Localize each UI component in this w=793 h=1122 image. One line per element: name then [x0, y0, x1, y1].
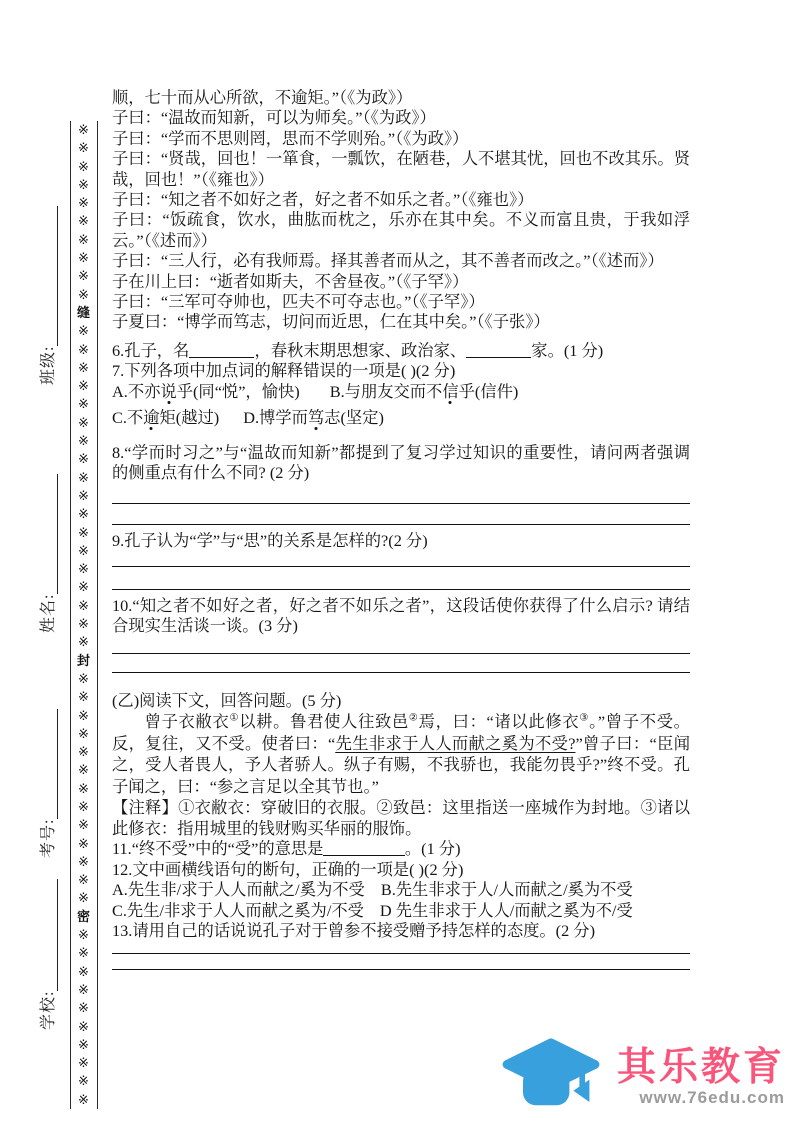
note-ref: ③	[579, 713, 589, 724]
text-line: (乙)阅读下文，回答问题。(5 分)	[112, 691, 690, 711]
field-name: 姓名:	[38, 474, 58, 633]
text-line: 6.孔子，名＿＿＿＿，春秋末期思想家、政治家、＿＿＿＿家。(1 分)	[112, 341, 690, 361]
text-run: 家。(1 分)	[531, 341, 603, 360]
field-class-label: 班级:	[35, 346, 58, 385]
fill-blank: ＿＿＿＿	[189, 341, 254, 358]
field-name-label: 姓名:	[35, 594, 58, 633]
underlined-clause: 先生非求于人人而献之奚为不受?	[335, 734, 575, 753]
text-run: 乎(同“悦”，愉快)	[177, 382, 300, 401]
seal-symbols: ※※※※※※※※※※	[78, 927, 89, 1107]
text-run: 曾子衣敝衣	[145, 712, 230, 731]
text-line: 子曰：“温故而知新，可以为师矣。”（《为政》）	[112, 108, 690, 128]
text-run: B.与朋友交而不	[330, 382, 443, 401]
text-run: 志(坚定)	[324, 408, 384, 427]
text-line: 曾子衣敝衣①以耕。鲁君使人往致邑②焉，曰：“诸以此修衣③。”曾子不受。反，复往，…	[112, 711, 690, 797]
text-run: 矩(越过)	[160, 408, 220, 427]
text-run: 10.“知之者不如好之者，好之者不如乐之者”，这段话使你获得了什么启示? 请结合…	[112, 596, 690, 635]
text-run: 9.孔子认为“学”与“思”的关系是怎样的?(2 分)	[112, 531, 428, 550]
graduation-cap-icon	[487, 1038, 615, 1118]
text-line: C.不逾矩(越过)D.博学而笃志(坚定)	[112, 408, 690, 428]
answer-line	[112, 503, 690, 504]
answer-line	[112, 672, 690, 673]
answer-line	[112, 589, 690, 590]
fill-blank	[42, 709, 58, 819]
text-line: 12.文中画横线语句的断句，正确的一项是( )(2 分)	[112, 860, 690, 880]
logo-url: www.76edu.com	[639, 1088, 785, 1108]
text-line: 10.“知之者不如好之者，好之者不如乐之者”，这段话使你获得了什么启示? 请结合…	[112, 596, 690, 637]
text-line: 子曰：“贤哉，回也！一箪食，一瓢饮，在陋巷，人不堪其忧，回也不改其乐。贤哉，回也…	[112, 149, 690, 190]
text-run: 子曰：“学而不思则罔，思而不学则殆。”（《为政》）	[112, 129, 468, 148]
emphasized-char: 逾	[143, 408, 159, 427]
text-run: 顺，七十而从心所欲，不逾矩。”（《为政》）	[112, 88, 412, 107]
text-line: 11.“终不受”中的“受”的意思是＿＿＿＿＿。(1 分)	[112, 839, 690, 859]
text-run: 6.孔子，名	[112, 341, 189, 360]
text-line: 子曰：“学而不思则罔，思而不学则殆。”（《为政》）	[112, 129, 690, 149]
text-line: 子曰：“三人行，必有我师焉。择其善者而从之，其不善者而改之。”（《述而》）	[112, 251, 690, 271]
text-run: 【注释】①衣敝衣：穿破旧的衣服。②致邑：这里指送一座城作为封地。③诸以此修衣：指…	[112, 798, 690, 838]
field-class: 班级:	[38, 206, 58, 385]
text-run: D.博学而	[243, 408, 308, 427]
exam-page: ※※※※※※※※※※缝※※※※※※※※※※※※※※※※※※封※※※※※※※※※※…	[0, 0, 793, 1122]
fill-blank	[42, 206, 58, 346]
text-line: C.先生/非求于人人而献之奚为/不受D 先生非求于人人/而献之奚为不/受	[112, 901, 690, 921]
text-run: 7.下列各项中加点词的解释错误的一项是( )(2 分)	[112, 361, 455, 380]
logo-name: 其乐教育	[617, 1048, 785, 1089]
text-line: 顺，七十而从心所欲，不逾矩。”（《为政》）	[112, 88, 690, 108]
text-run: 13.请用自己的话说说孔子对于曾参不接受赠予持怎样的态度。(2 分)	[112, 921, 595, 940]
text-run: 子曰：“温故而知新，可以为师矣。”（《为政》）	[112, 108, 436, 127]
text-run: B.先生非求于人/人而献之/奚为不受	[381, 880, 633, 899]
text-line: 子夏曰：“博学而笃志，切问而近思，仁在其中矣。”（《子张》）	[112, 312, 690, 332]
text-run: 子在川上曰：“逝者如斯夫，不舍昼夜。”（《子罕》）	[112, 272, 468, 291]
fill-blank	[42, 879, 58, 991]
answer-line	[112, 953, 690, 954]
text-run: 8.“学而时习之”与“温故而知新”都提到了复习学过知识的重要性，请问两者强调的侧…	[112, 443, 690, 482]
text-run: 子曰：“三人行，必有我师焉。择其善者而从之，其不善者而改之。”（《述而》）	[112, 251, 664, 270]
seal-symbols: ※※※※※※※※※※	[78, 122, 89, 302]
text-run: 以耕。鲁君使人往致邑	[239, 712, 409, 731]
text-run: ，春秋末期思想家、政治家、	[254, 341, 466, 360]
field-school-label: 学校:	[35, 991, 58, 1030]
text-line: 子曰：“三军可夺帅也，匹夫不可夺志也。”（《子罕》）	[112, 292, 690, 312]
field-examno-label: 考号:	[35, 819, 58, 858]
seal-char-feng2: 缝	[77, 305, 90, 320]
emphasized-char: 说	[160, 382, 176, 401]
text-line: 子曰：“饭疏食，饮水，曲肱而枕之，乐亦在其中矣。不义而富且贵，于我如浮云。”（《…	[112, 210, 690, 251]
text-run: 子曰：“三军可夺帅也，匹夫不可夺志也。”（《子罕》）	[112, 292, 485, 311]
text-line: A.不亦说乎(同“悦”，愉快)B.与朋友交而不信乎(信件)	[112, 382, 690, 402]
text-line: 13.请用自己的话说说孔子对于曾参不接受赠予持怎样的态度。(2 分)	[112, 921, 690, 941]
fill-blank: ＿＿＿＿	[466, 341, 531, 358]
text-run: 12.文中画横线语句的断句，正确的一项是( )(2 分)	[112, 860, 463, 879]
text-run: C.不	[112, 408, 143, 427]
text-run: 子曰：“贤哉，回也！一箪食，一瓢饮，在陋巷，人不堪其忧，回也不改其乐。贤哉，回也…	[112, 149, 690, 188]
seal-line-column: ※※※※※※※※※※缝※※※※※※※※※※※※※※※※※※封※※※※※※※※※※…	[75, 121, 92, 1109]
logo: 其乐教育 www.76edu.com	[487, 1038, 785, 1118]
text-run: A.先生非/求于人人而献之/奚为不受	[112, 880, 365, 899]
seal-rule-right	[97, 121, 98, 1109]
text-line: A.先生非/求于人人而献之/奚为不受B.先生非求于人/人而献之/奚为不受	[112, 880, 690, 900]
text-run: 子曰：“知之者不如好之者，好之者不如乐之者。”（《雍也》）	[112, 190, 533, 209]
text-line: 【注释】①衣敝衣：穿破旧的衣服。②致邑：这里指送一座城作为封地。③诸以此修衣：指…	[112, 797, 690, 839]
answer-line	[112, 653, 690, 654]
emphasized-char: 信	[442, 382, 458, 401]
text-run: D 先生非求于人人/而献之奚为不/受	[380, 901, 633, 920]
text-run: 子曰：“饭疏食，饮水，曲肱而枕之，乐亦在其中矣。不义而富且贵，于我如浮云。”（《…	[112, 210, 690, 249]
answer-line	[112, 566, 690, 567]
seal-symbols: ※※※※※※※※※※※※※※※※※※	[78, 323, 89, 649]
content-area: 顺，七十而从心所欲，不逾矩。”（《为政》）子曰：“温故而知新，可以为师矣。”（《…	[112, 88, 690, 970]
seal-char-mi: 密	[77, 909, 90, 924]
fill-blank: ＿＿＿＿＿	[323, 839, 404, 856]
fill-blank	[42, 474, 58, 594]
text-run: 焉，曰：“诸以此修衣	[419, 712, 580, 731]
field-examno: 考号:	[38, 709, 58, 858]
seal-char-feng1: 封	[77, 653, 90, 668]
text-run: C.先生/非求于人人而献之奚为/不受	[112, 901, 364, 920]
note-ref: ①	[229, 713, 239, 724]
text-line: 子在川上曰：“逝者如斯夫，不舍昼夜。”（《子罕》）	[112, 272, 690, 292]
field-school: 学校:	[38, 879, 58, 1030]
text-run: 子夏曰：“博学而笃志，切问而近思，仁在其中矣。”（《子张》）	[112, 312, 550, 331]
seal-symbols: ※※※※※※※※※※※※※	[78, 671, 89, 906]
text-run: (乙)阅读下文，回答问题。(5 分)	[112, 691, 341, 710]
logo-text: 其乐教育 www.76edu.com	[617, 1048, 785, 1109]
answer-line	[112, 524, 690, 525]
emphasized-char: 笃	[308, 408, 324, 427]
text-run: A.不亦	[112, 382, 160, 401]
text-line: 9.孔子认为“学”与“思”的关系是怎样的?(2 分)	[112, 531, 690, 551]
answer-line	[112, 969, 690, 970]
text-line: 7.下列各项中加点词的解释错误的一项是( )(2 分)	[112, 361, 690, 381]
text-line: 子曰：“知之者不如好之者，好之者不如乐之者。”（《雍也》）	[112, 190, 690, 210]
text-run: 11.“终不受”中的“受”的意思是	[112, 839, 323, 858]
text-run: 乎(信件)	[459, 382, 519, 401]
note-ref: ②	[409, 713, 419, 724]
text-run: 。(1 分)	[405, 839, 461, 858]
text-line: 8.“学而时习之”与“温故而知新”都提到了复习学过知识的重要性，请问两者强调的侧…	[112, 443, 690, 484]
seal-rule-left	[70, 121, 71, 1109]
